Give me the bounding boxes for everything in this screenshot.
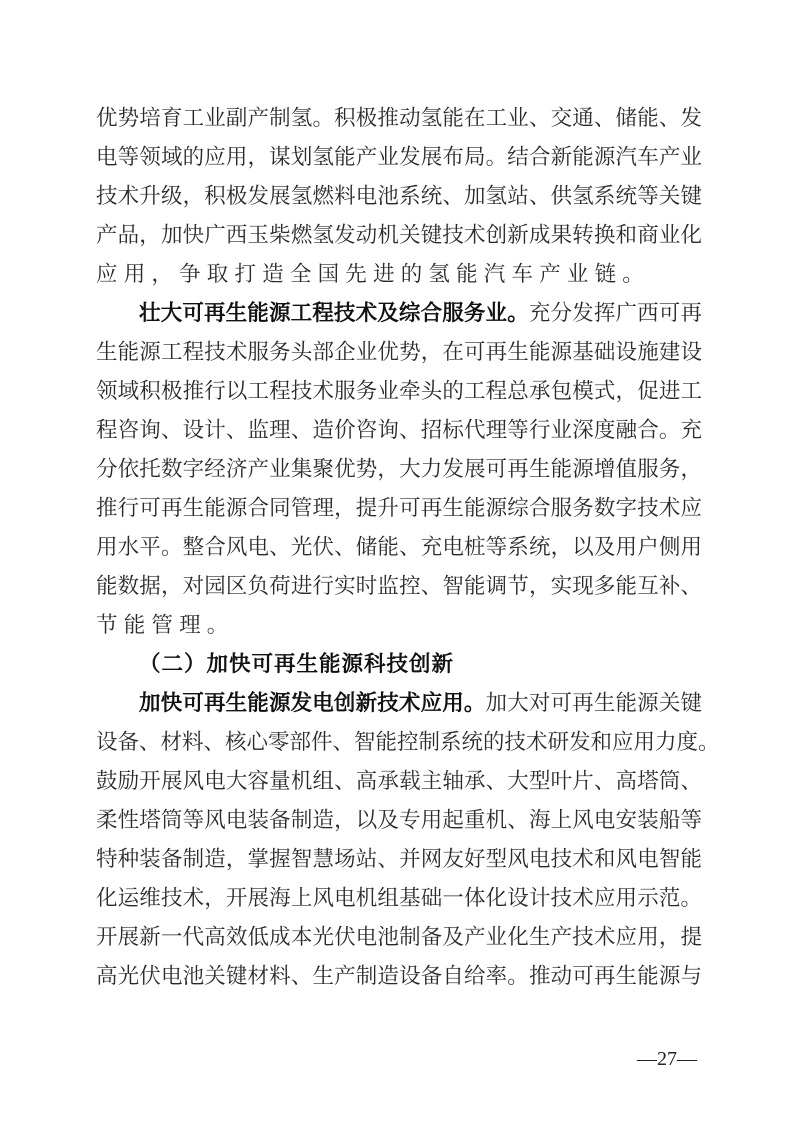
paragraph-line: 产品，加快广西玉柴燃氢发动机关键技术创新成果转换和商业化 xyxy=(96,216,702,255)
paragraph-line: 设备、材料、核心零部件、智能控制系统的技术研发和应用力度。 xyxy=(96,723,702,762)
paragraph-line: 推行可再生能源合同管理，提升可再生能源综合服务数字技术应 xyxy=(96,489,702,528)
paragraph-line: 领域积极推行以工程技术服务业牵头的工程总承包模式，促进工 xyxy=(96,372,702,411)
document-page: 优势培育工业副产制氢。积极推动氢能在工业、交通、储能、发 电等领域的应用，谋划氢… xyxy=(96,99,706,996)
paragraph-line: 开展新一代高效低成本光伏电池制备及产业化生产技术应用，提 xyxy=(96,918,702,957)
paragraph-line: 化运维技术，开展海上风电机组基础一体化设计技术应用示范。 xyxy=(96,879,702,918)
paragraph-line: 特种装备制造，掌握智慧场站、并网友好型风电技术和风电智能 xyxy=(96,840,702,879)
paragraph-line: 能数据，对园区负荷进行实时监控、智能调节，实现多能互补、 xyxy=(96,567,702,606)
paragraph-first-line: 加快可再生能源发电创新技术应用。加大对可再生能源关键 xyxy=(96,684,702,723)
paragraph-line: 用水平。整合风电、光伏、储能、充电桩等系统，以及用户侧用 xyxy=(96,528,702,567)
paragraph-line: 高光伏电池关键材料、生产制造设备自给率。推动可再生能源与 xyxy=(96,957,702,996)
paragraph-line: 分依托数字经济产业集聚优势，大力发展可再生能源增值服务， xyxy=(96,450,702,489)
paragraph-bold-lead: 加快可再生能源发电创新技术应用。 xyxy=(139,691,486,716)
paragraph-line: 节能管理。 xyxy=(96,606,706,645)
paragraph-line: 鼓励开展风电大容量机组、高承载主轴承、大型叶片、高塔筒、 xyxy=(96,762,702,801)
paragraph-line: 电等领域的应用，谋划氢能产业发展布局。结合新能源汽车产业 xyxy=(96,138,702,177)
paragraph-bold-lead: 壮大可再生能源工程技术及综合服务业。 xyxy=(139,301,529,326)
paragraph-first-line: 壮大可再生能源工程技术及综合服务业。充分发挥广西可再 xyxy=(96,294,702,333)
paragraph-line: 技术升级，积极发展氢燃料电池系统、加氢站、供氢系统等关键 xyxy=(96,177,702,216)
paragraph-line: 生能源工程技术服务头部企业优势，在可再生能源基础设施建设 xyxy=(96,333,702,372)
paragraph-text: 加大对可再生能源关键 xyxy=(486,691,702,716)
paragraph-line: 应用，争取打造全国先进的氢能汽车产业链。 xyxy=(96,255,706,294)
paragraph-text: 充分发挥广西可再 xyxy=(529,301,702,326)
paragraph-line: 优势培育工业副产制氢。积极推动氢能在工业、交通、储能、发 xyxy=(96,99,702,138)
paragraph-line: 柔性塔筒等风电装备制造，以及专用起重机、海上风电安装船等 xyxy=(96,801,702,840)
page-number: —27— xyxy=(637,1048,697,1071)
section-heading: （二）加快可再生能源科技创新 xyxy=(96,645,706,684)
paragraph-line: 程咨询、设计、监理、造价咨询、招标代理等行业深度融合。充 xyxy=(96,411,702,450)
